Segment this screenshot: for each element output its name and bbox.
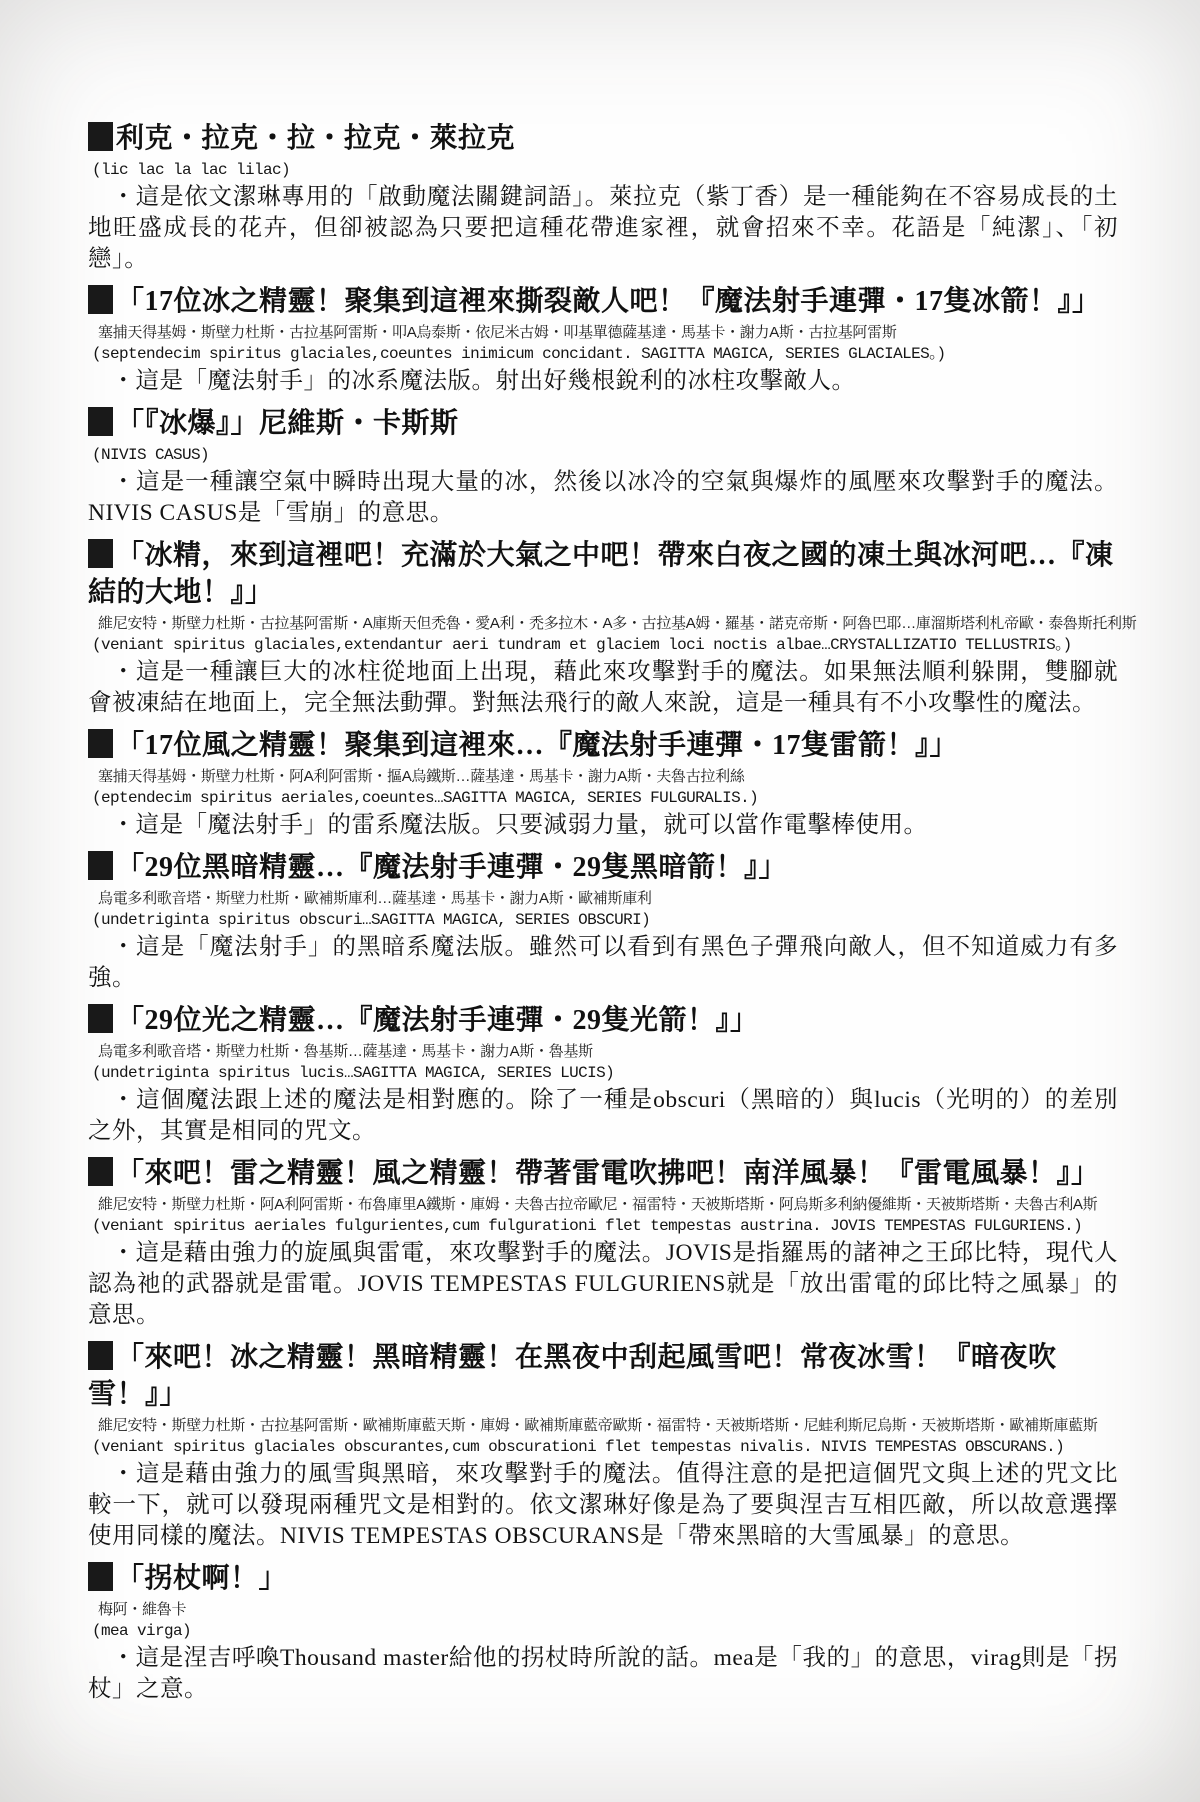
spell-title-text: 「29位黑暗精靈…『魔法射手連彈・29隻黑暗箭！』」 xyxy=(116,852,787,883)
spell-title: 利克・拉克・拉・拉克・萊拉克 xyxy=(88,120,1118,157)
spell-entry: 「17位風之精靈！聚集到這裡來…『魔法射手連彈・17隻雷箭！』」 塞捕天得基姆・… xyxy=(88,727,1118,841)
spell-entry: 「17位冰之精靈！聚集到這裡來撕裂敵人吧！『魔法射手連彈・17隻冰箭！』」 塞捕… xyxy=(88,283,1118,397)
section-marker-icon xyxy=(88,1341,113,1370)
spell-title: 「來吧！冰之精靈！黑暗精靈！在黑夜中刮起風雪吧！常夜冰雪！『暗夜吹雪！』」 xyxy=(88,1339,1118,1413)
latin-incantation: (undetriginta spiritus lucis…SAGITTA MAG… xyxy=(88,1062,1118,1085)
kana-reading: 維尼安特・斯壁力杜斯・古拉基阿雷斯・歐補斯庫藍天斯・庫姆・歐補斯庫藍帝歐斯・福雷… xyxy=(88,1415,1118,1436)
spell-title-text: 「來吧！冰之精靈！黑暗精靈！在黑夜中刮起風雪吧！常夜冰雪！『暗夜吹雪！』」 xyxy=(88,1342,1057,1410)
spell-description: ・這是「魔法射手」的冰系魔法版。射出好幾根銳利的冰柱攻擊敵人。 xyxy=(88,366,1118,397)
latin-incantation: (eptendecim spiritus aeriales,coeuntes…S… xyxy=(88,787,1118,810)
spell-entry: 「冰精，來到這裡吧！充滿於大氣之中吧！帶來白夜之國的凍土與冰河吧…『凍結的大地！… xyxy=(88,537,1118,719)
spell-entry: 「『冰爆』」尼維斯・卡斯斯 (NIVIS CASUS) ・這是一種讓空氣中瞬時出… xyxy=(88,405,1118,529)
spell-title: 「29位黑暗精靈…『魔法射手連彈・29隻黑暗箭！』」 xyxy=(88,849,1118,886)
kana-reading: 維尼安特・斯壁力杜斯・古拉基阿雷斯・A庫斯天但禿魯・愛A利・禿多拉木・A多・古拉… xyxy=(88,613,1118,634)
spell-title: 「『冰爆』」尼維斯・卡斯斯 xyxy=(88,405,1118,442)
spell-description: ・這是依文潔琳專用的「啟動魔法關鍵詞語」。萊拉克（紫丁香）是一種能夠在不容易成長… xyxy=(88,182,1118,275)
spell-description: ・這個魔法跟上述的魔法是相對應的。除了一種是obscuri（黑暗的）與lucis… xyxy=(88,1085,1118,1147)
kana-reading: 烏電多利歌音塔・斯壁力杜斯・魯基斯…薩基達・馬基卡・謝力A斯・魯基斯 xyxy=(88,1041,1118,1062)
spell-title-text: 利克・拉克・拉・拉克・萊拉克 xyxy=(116,123,515,154)
section-marker-icon xyxy=(88,122,113,151)
section-marker-icon xyxy=(88,1004,113,1033)
spell-title-text: 「拐杖啊！」 xyxy=(116,1563,287,1594)
scanned-glossary-page: 利克・拉克・拉・拉克・萊拉克 (lic lac la lac lilac) ・這… xyxy=(0,0,1200,1802)
latin-incantation: (veniant spiritus aeriales fulgurientes,… xyxy=(88,1215,1118,1238)
latin-incantation: (undetriginta spiritus obscuri…SAGITTA M… xyxy=(88,909,1118,932)
latin-incantation: (veniant spiritus glaciales obscurantes,… xyxy=(88,1436,1118,1459)
spell-description: ・這是藉由強力的風雪與黑暗，來攻擊對手的魔法。值得注意的是把這個咒文與上述的咒文… xyxy=(88,1459,1118,1552)
spell-entry: 「來吧！雷之精靈！風之精靈！帶著雷電吹拂吧！南洋風暴！『雷電風暴！』」 維尼安特… xyxy=(88,1155,1118,1331)
section-marker-icon xyxy=(88,1157,113,1186)
spell-entry: 「29位光之精靈…『魔法射手連彈・29隻光箭！』」 烏電多利歌音塔・斯壁力杜斯・… xyxy=(88,1002,1118,1147)
latin-incantation: (septendecim spiritus glaciales,coeuntes… xyxy=(88,343,1118,366)
spell-description: ・這是藉由強力的旋風與雷電，來攻擊對手的魔法。JOVIS是指羅馬的諸神之王邱比特… xyxy=(88,1238,1118,1331)
spell-description: ・這是「魔法射手」的雷系魔法版。只要減弱力量，就可以當作電擊棒使用。 xyxy=(88,810,1118,841)
spell-title-text: 「17位風之精靈！聚集到這裡來…『魔法射手連彈・17隻雷箭！』」 xyxy=(116,730,958,761)
kana-reading: 烏電多利歌音塔・斯壁力杜斯・歐補斯庫利…薩基達・馬基卡・謝力A斯・歐補斯庫利 xyxy=(88,888,1118,909)
spell-title-text: 「17位冰之精靈！聚集到這裡來撕裂敵人吧！『魔法射手連彈・17隻冰箭！』」 xyxy=(116,286,1101,317)
spell-title: 「17位冰之精靈！聚集到這裡來撕裂敵人吧！『魔法射手連彈・17隻冰箭！』」 xyxy=(88,283,1118,320)
section-marker-icon xyxy=(88,729,113,758)
spell-entry: 「來吧！冰之精靈！黑暗精靈！在黑夜中刮起風雪吧！常夜冰雪！『暗夜吹雪！』」 維尼… xyxy=(88,1339,1118,1552)
spell-title: 「冰精，來到這裡吧！充滿於大氣之中吧！帶來白夜之國的凍土與冰河吧…『凍結的大地！… xyxy=(88,537,1118,611)
spell-title-text: 「來吧！雷之精靈！風之精靈！帶著雷電吹拂吧！南洋風暴！『雷電風暴！』」 xyxy=(116,1158,1100,1189)
spell-title: 「17位風之精靈！聚集到這裡來…『魔法射手連彈・17隻雷箭！』」 xyxy=(88,727,1118,764)
spell-title-text: 「『冰爆』」尼維斯・卡斯斯 xyxy=(116,408,459,439)
spell-title-text: 「冰精，來到這裡吧！充滿於大氣之中吧！帶來白夜之國的凍土與冰河吧…『凍結的大地！… xyxy=(88,540,1114,608)
kana-reading: 梅阿・維魯卡 xyxy=(88,1599,1118,1620)
spell-description: ・這是「魔法射手」的黑暗系魔法版。雖然可以看到有黑色子彈飛向敵人，但不知道威力有… xyxy=(88,932,1118,994)
latin-incantation: (NIVIS CASUS) xyxy=(88,444,1118,467)
section-marker-icon xyxy=(88,285,113,314)
section-marker-icon xyxy=(88,851,113,880)
section-marker-icon xyxy=(88,539,113,568)
kana-reading: 塞捕天得基姆・斯壁力杜斯・古拉基阿雷斯・叩A烏泰斯・依尼米古姆・叩基單德薩基達・… xyxy=(88,322,1118,343)
section-marker-icon xyxy=(88,407,113,436)
latin-incantation: (lic lac la lac lilac) xyxy=(88,159,1118,182)
spell-title-text: 「29位光之精靈…『魔法射手連彈・29隻光箭！』」 xyxy=(116,1005,759,1036)
latin-incantation: (veniant spiritus glaciales,extendantur … xyxy=(88,634,1118,657)
kana-reading: 塞捕天得基姆・斯壁力杜斯・阿A利阿雷斯・摳A烏鐵斯…薩基達・馬基卡・謝力A斯・夫… xyxy=(88,766,1118,787)
spell-description: ・這是涅吉呼喚Thousand master給他的拐杖時所說的話。mea是「我的… xyxy=(88,1643,1118,1705)
spell-description: ・這是一種讓巨大的冰柱從地面上出現，藉此來攻擊對手的魔法。如果無法順利躲開，雙腳… xyxy=(88,657,1118,719)
spell-entry: 利克・拉克・拉・拉克・萊拉克 (lic lac la lac lilac) ・這… xyxy=(88,120,1118,275)
spell-title: 「拐杖啊！」 xyxy=(88,1560,1118,1597)
section-marker-icon xyxy=(88,1562,113,1591)
kana-reading: 維尼安特・斯壁力杜斯・阿A利阿雷斯・布魯庫里A鐵斯・庫姆・夫魯古拉帝歐尼・福雷特… xyxy=(88,1194,1118,1215)
spell-description: ・這是一種讓空氣中瞬時出現大量的冰，然後以冰冷的空氣與爆炸的風壓來攻擊對手的魔法… xyxy=(88,467,1118,529)
spell-title: 「29位光之精靈…『魔法射手連彈・29隻光箭！』」 xyxy=(88,1002,1118,1039)
spell-entry: 「29位黑暗精靈…『魔法射手連彈・29隻黑暗箭！』」 烏電多利歌音塔・斯壁力杜斯… xyxy=(88,849,1118,994)
latin-incantation: (mea virga) xyxy=(88,1620,1118,1643)
spell-title: 「來吧！雷之精靈！風之精靈！帶著雷電吹拂吧！南洋風暴！『雷電風暴！』」 xyxy=(88,1155,1118,1192)
spell-entry: 「拐杖啊！」 梅阿・維魯卡 (mea virga) ・這是涅吉呼喚Thousan… xyxy=(88,1560,1118,1705)
